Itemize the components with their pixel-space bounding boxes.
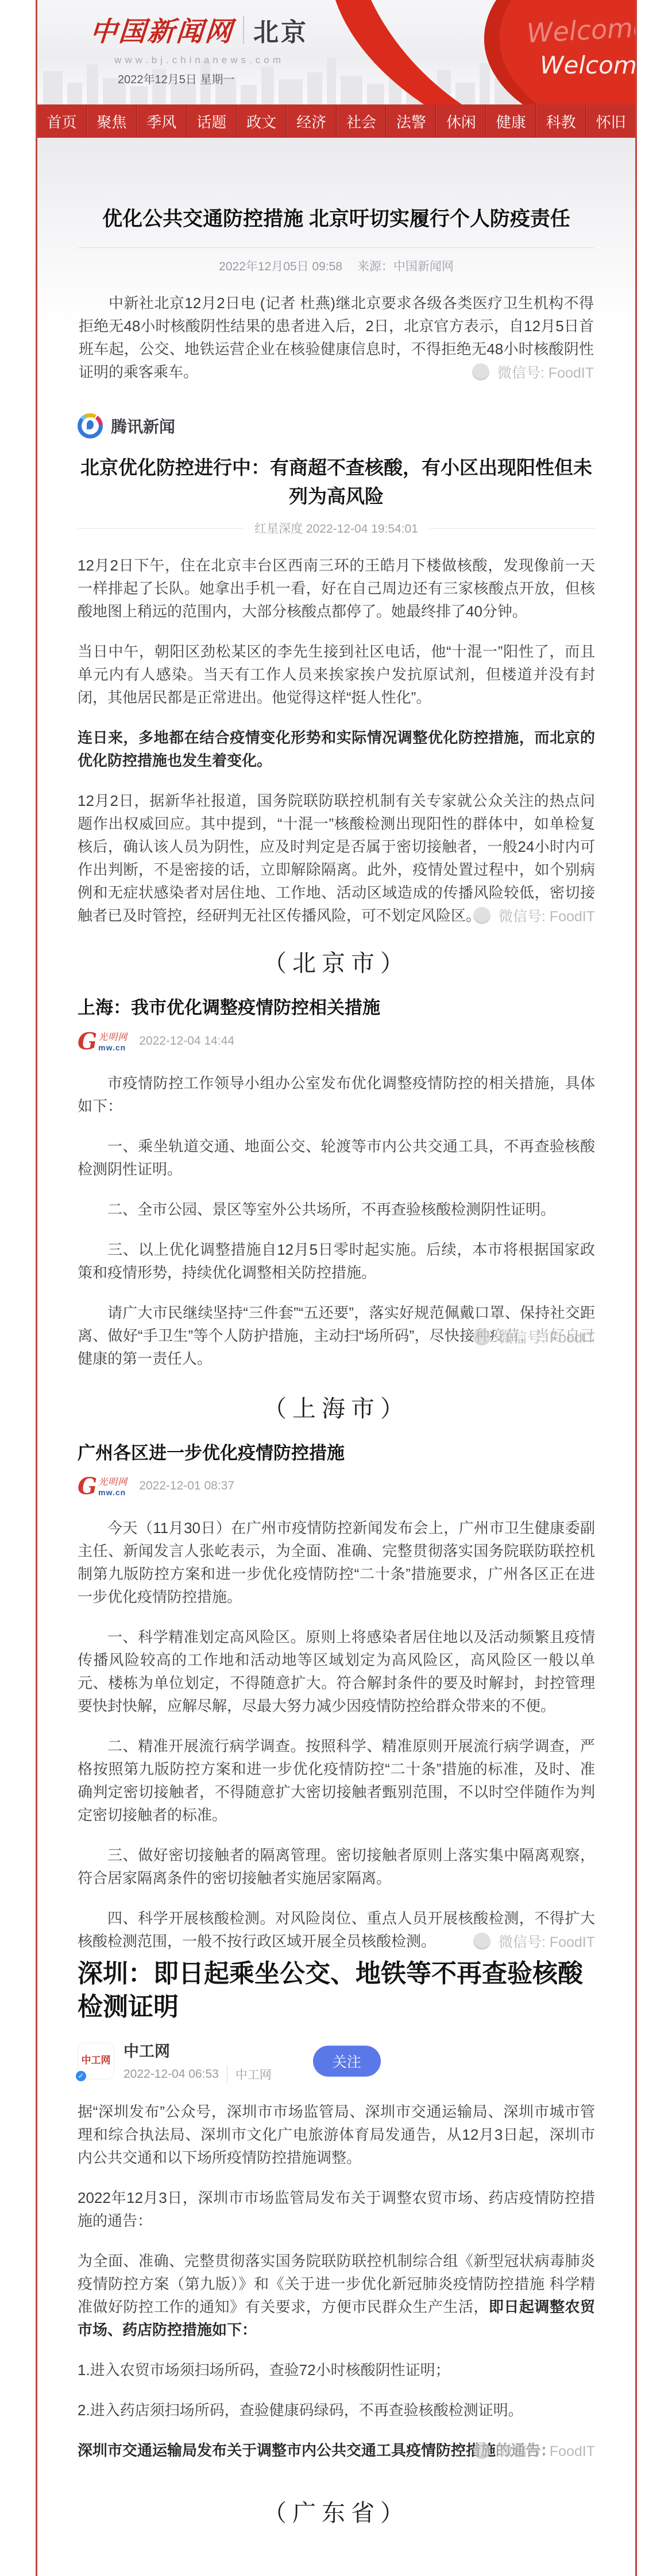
shanghai-source-time: 2022-12-04 14:44 [139, 1034, 234, 1048]
paragraph: 当日中午，朝阳区劲松某区的李先生接到社区电话，他“十混一”阳性了，而且单元内有人… [78, 640, 595, 709]
paragraph: 四、科学开展核酸检测。对风险岗位、重点人员开展核酸检测，不得扩大核酸检测范围，一… [78, 1907, 595, 1953]
shanghai-source-row: G 光明网 mw.cn 2022-12-04 14:44 [78, 1028, 595, 1054]
nav-item[interactable]: 健康 [486, 104, 536, 138]
paragraph: 三、做好密切接触者的隔离管理。密切接触者原则上落实集中隔离观察，符合居家隔离条件… [78, 1844, 595, 1890]
gmw-logo[interactable]: G 光明网 mw.cn [78, 1030, 128, 1052]
zgw-source-time: 2022-12-04 06:53 [123, 2067, 219, 2081]
region-label-shanghai: （上海市） [78, 1390, 595, 1423]
paragraph: 二、精准开展流行病学调查。按照科学、精准原则开展流行病学调查，严格按照第九版防控… [78, 1735, 595, 1826]
region-label-beijing: （北京市） [78, 944, 595, 978]
paragraph-list: 今天（11月30日）在广州市疫情防控新闻发布会上，广州市卫生健康委副主任、新闻发… [78, 1516, 595, 1953]
tencent-headline: 北京优化防控进行中：有商超不查核酸，有小区出现阳性但未列为高风险 [78, 453, 595, 510]
header-banner: 中国新闻网 北京 www.bj.chinanews.com 2022年12月5日… [37, 0, 635, 104]
paragraph: 12月2日，据新华社报道，国务院联防联控机制有关专家就公众关注的热点问题作出权威… [78, 789, 595, 927]
article-date: 2022年12月05日 09:58 [219, 260, 342, 273]
verified-badge-icon: ✓ [75, 2070, 87, 2082]
tencent-brand[interactable]: 腾讯新闻 [78, 413, 595, 439]
follow-button[interactable]: 关注 [313, 2046, 381, 2077]
page-frame: 中国新闻网 北京 www.bj.chinanews.com 2022年12月5日… [36, 0, 637, 2576]
nav-item[interactable]: 科教 [536, 104, 586, 138]
nav-item[interactable]: 法警 [386, 104, 436, 138]
paragraph: 市疫情防控工作领导小组办公室发布优化调整疫情防控的相关措施，具体如下： [78, 1072, 595, 1118]
gmw-logo[interactable]: G 光明网 mw.cn [78, 1475, 128, 1497]
zgw-source-channel: 中工网 [227, 2066, 272, 2083]
tencent-meta: 红星深度 2022-12-04 19:54:01 [78, 519, 595, 537]
paragraph: 一、乘坐轨道交通、地面公交、轮渡等市内公共交通工具，不再查验核酸检测阴性证明。 [78, 1135, 595, 1181]
nav-item[interactable]: 首页 [37, 104, 87, 138]
paragraph: 1.进入农贸市场须扫场所码，查验72小时核酸阴性证明； [78, 2358, 595, 2381]
paragraph: 2022年12月3日，深圳市市场监管局发布关于调整农贸市场、药店疫情防控措施的通… [78, 2186, 595, 2232]
nav-item[interactable]: 经济 [287, 104, 337, 138]
welcome-text-front: Welcome [540, 51, 635, 79]
paragraph: 二、全市公园、景区等室外公共场所，不再查验核酸检测阴性证明。 [78, 1198, 595, 1221]
nav-item[interactable]: 社会 [337, 104, 387, 138]
paragraph: 今天（11月30日）在广州市疫情防控新闻发布会上，广州市卫生健康委副主任、新闻发… [78, 1516, 595, 1608]
title-divider [79, 247, 594, 248]
paragraph: 为全面、准确、完整贯彻落实国务院联防联控机制综合组《新型冠状病毒肺炎疫情防控方案… [78, 2249, 595, 2341]
nav-item[interactable]: 怀旧 [586, 104, 635, 138]
paragraph-list: 市疫情防控工作领导小组办公室发布优化调整疫情防控的相关措施，具体如下：一、乘坐轨… [78, 1072, 595, 1370]
welcome-text-back: Welcome [526, 11, 635, 49]
paragraph-list: 据“深圳发布”公众号，深圳市市场监管局、深圳市交通运输局、深圳市城市管理和综合执… [78, 2100, 595, 2462]
shenzhen-source-card: 中工网 ✓ 中工网 2022-12-04 06:53 中工网 关注 [78, 2039, 595, 2083]
shanghai-heading: 上海：我市优化调整疫情防控相关措施 [78, 996, 595, 1019]
paragraph-list: 中新社北京12月2日电 (记者 杜燕)继北京要求各级各类医疗卫生机构不得拒绝无4… [79, 292, 594, 383]
shanghai-section: 上海：我市优化调整疫情防控相关措施 G 光明网 mw.cn 2022-12-04… [37, 996, 635, 1423]
article-meta: 2022年12月05日 09:58 来源：中国新闻网 [79, 257, 594, 274]
tencent-brand-name: 腾讯新闻 [111, 414, 175, 437]
paragraph: 连日来，多地都在结合疫情变化形势和实际情况调整优化防控措施，而北京的优化防控措施… [78, 726, 595, 772]
paragraph: 一、科学精准划定高风险区。原则上将感染者居住地以及活动频繁且疫情传播风险较高的工… [78, 1625, 595, 1717]
guangzhou-heading: 广州各区进一步优化疫情防控措施 [78, 1442, 595, 1465]
article-section: 优化公共交通防控措施 北京吁切实履行个人防疫责任 2022年12月05日 09:… [37, 138, 635, 403]
tencent-meta-text: 红星深度 2022-12-04 19:54:01 [254, 519, 418, 537]
red-ribbon-graphic: Welcome Welcome [268, 0, 635, 104]
zgw-source-meta: 2022-12-04 06:53 中工网 [123, 2066, 272, 2083]
paragraph: 据“深圳发布”公众号，深圳市市场监管局、深圳市交通运输局、深圳市城市管理和综合执… [78, 2100, 595, 2169]
gmw-logo-g: G [78, 1476, 97, 1497]
zgw-avatar[interactable]: 中工网 ✓ [78, 2043, 114, 2080]
meta-divider-right [430, 528, 595, 529]
shenzhen-section: 深圳：即日起乘坐公交、地铁等不再查验核酸检测证明 中工网 ✓ 中工网 2022-… [37, 1952, 635, 2528]
nav-item[interactable]: 季风 [137, 104, 187, 138]
gmw-logo-sub: mw.cn [98, 1488, 128, 1497]
meta-divider-left [78, 528, 243, 529]
article-title: 优化公共交通防控措施 北京吁切实履行个人防疫责任 [79, 205, 594, 232]
logo-divider [243, 16, 244, 44]
gmw-logo-sub: mw.cn [98, 1043, 128, 1052]
paragraph: 12月2日下午，住在北京丰台区西南三环的王皓月下楼做核酸，发现像前一天一样排起了… [78, 554, 595, 623]
article-source: 来源：中国新闻网 [357, 260, 454, 273]
nav-item[interactable]: 政文 [237, 104, 287, 138]
gmw-logo-script: 光明网 [98, 1475, 128, 1488]
date-line: 2022年12月5日 星期一 [118, 70, 234, 87]
paragraph: 2.进入药店须扫场所码，查验健康码绿码，不再查验核酸检测证明。 [78, 2399, 595, 2422]
tencent-news-logo-icon [78, 413, 103, 439]
nav-bar: 首页聚焦季风话题政文经济社会法警休闲健康科教怀旧 [37, 104, 635, 138]
zgw-source-name: 中工网 [123, 2039, 272, 2061]
region-label-guangdong: （广东省） [78, 2494, 595, 2528]
nav-item[interactable]: 话题 [187, 104, 237, 138]
guangzhou-source-time: 2022-12-01 08:37 [139, 1479, 234, 1493]
gmw-logo-script: 光明网 [98, 1030, 128, 1043]
paragraph: 请广大市民继续坚持“三件套”“五还要”，落实好规范佩戴口罩、保持社交距离、做好“… [78, 1301, 595, 1370]
paragraph-list: 12月2日下午，住在北京丰台区西南三环的王皓月下楼做核酸，发现像前一天一样排起了… [78, 554, 595, 927]
paragraph: 三、以上优化调整措施自12月5日零时起实施。后续，本市将根据国家政策和疫情形势，… [78, 1238, 595, 1284]
nav-item[interactable]: 休闲 [436, 104, 486, 138]
site-logo-text: 中国新闻网 [89, 10, 235, 49]
gmw-logo-g: G [78, 1031, 97, 1052]
zgw-avatar-text: 中工网 [82, 2055, 111, 2066]
paragraph: 深圳市交通运输局发布关于调整市内公共交通工具疫情防控措施的通告： [78, 2439, 595, 2462]
guangzhou-source-row: G 光明网 mw.cn 2022-12-01 08:37 [78, 1473, 595, 1499]
paragraph: 中新社北京12月2日电 (记者 杜燕)继北京要求各级各类医疗卫生机构不得拒绝无4… [79, 292, 594, 383]
tencent-section: 腾讯新闻 北京优化防控进行中：有商超不查核酸，有小区出现阳性但未列为高风险 红星… [37, 403, 635, 978]
shenzhen-heading: 深圳：即日起乘坐公交、地铁等不再查验核酸检测证明 [78, 1957, 595, 2024]
guangzhou-section: 广州各区进一步优化疫情防控措施 G 光明网 mw.cn 2022-12-01 0… [37, 1442, 635, 1952]
nav-item[interactable]: 聚焦 [87, 104, 137, 138]
